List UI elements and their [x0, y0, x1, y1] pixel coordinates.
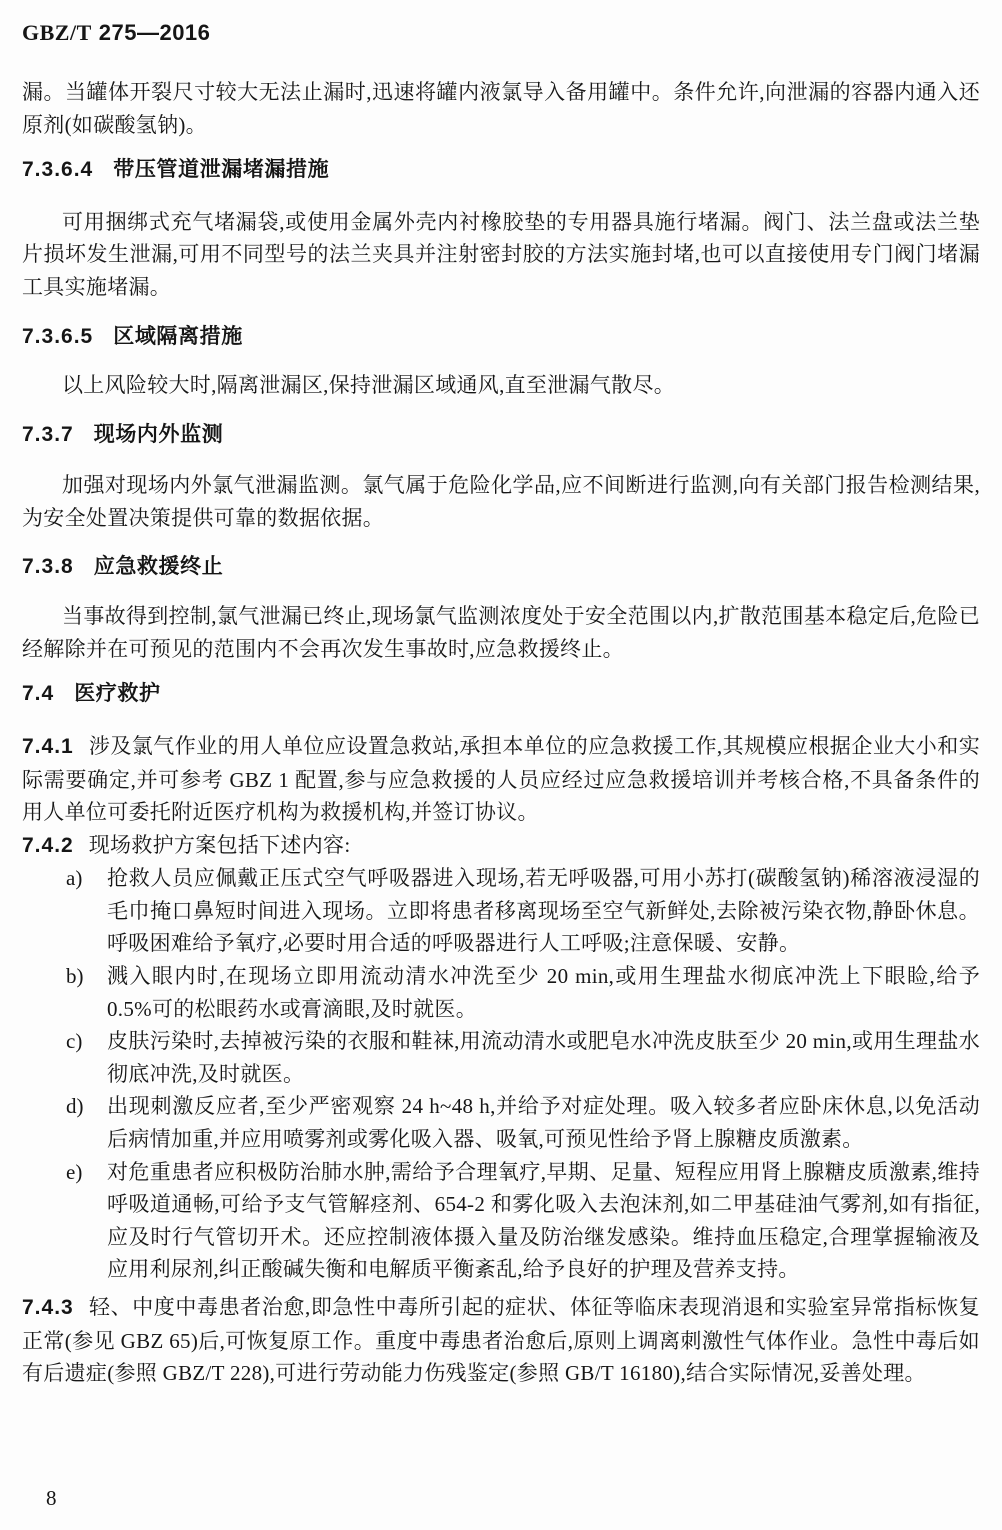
running-header: GBZ/T275—2016: [22, 20, 980, 46]
paragraph-7365: 以上风险较大时,隔离泄漏区,保持泄漏区域通风,直至泄漏气散尽。: [22, 369, 980, 402]
heading-title: 带压管道泄漏堵漏措施: [113, 158, 329, 181]
clause-number: 7.4.3: [22, 1296, 74, 1319]
section-heading-738: 7.3.8应急救援终止: [22, 551, 980, 584]
clause-text: 涉及氯气作业的用人单位应设置急救站,承担本单位的应急救援工作,其规模应根据企业大…: [22, 734, 980, 824]
list-marker: e): [66, 1156, 82, 1189]
heading-number: 7.3.6.5: [22, 325, 93, 348]
section-heading-7364: 7.3.6.4带压管道泄漏堵漏措施: [22, 154, 980, 187]
standard-code-prefix: GBZ/T: [22, 20, 92, 45]
clause-number: 7.4.1: [22, 735, 74, 758]
list-item-text: 对危重患者应积极防治肺水肿,需给予合理氧疗,早期、足量、短程应用肾上腺糖皮质激素…: [107, 1160, 980, 1282]
clause-text: 轻、中度中毒患者治愈,即急性中毒所引起的症状、体征等临床表现消退和实验室异常指标…: [22, 1295, 980, 1385]
list-item-c: c)皮肤污染时,去掉被污染的衣服和鞋袜,用流动清水或肥皂水冲洗皮肤至少 20 m…: [22, 1025, 980, 1090]
list-marker: b): [66, 960, 84, 993]
list-item-b: b)溅入眼内时,在现场立即用流动清水冲洗至少 20 min,或用生理盐水彻底冲洗…: [22, 960, 980, 1025]
section-heading-74: 7.4医疗救护: [22, 678, 980, 711]
list-item-text: 出现刺激反应者,至少严密观察 24 h~48 h,并给予对症处理。吸入较多者应卧…: [107, 1094, 980, 1151]
clause-text: 现场救护方案包括下述内容:: [89, 833, 351, 857]
document-page: GBZ/T275—2016 漏。当罐体开裂尺寸较大无法止漏时,迅速将罐内液氯导入…: [0, 0, 1002, 1530]
list-item-a: a)抢救人员应佩戴正压式空气呼吸器进入现场,若无呼吸器,可用小苏打(碳酸氢钠)稀…: [22, 862, 980, 960]
list-item-e: e)对危重患者应积极防治肺水肿,需给予合理氧疗,早期、足量、短程应用肾上腺糖皮质…: [22, 1156, 980, 1286]
heading-number: 7.4: [22, 682, 54, 705]
heading-title: 现场内外监测: [94, 423, 224, 446]
heading-title: 区域隔离措施: [113, 325, 243, 348]
section-heading-737: 7.3.7现场内外监测: [22, 419, 980, 452]
paragraph-7364: 可用捆绑式充气堵漏袋,或使用金属外壳内衬橡胶垫的专用器具施行堵漏。阀门、法兰盘或…: [22, 206, 980, 304]
page-number: 8: [46, 1482, 57, 1515]
paragraph-737: 加强对现场内外氯气泄漏监测。氯气属于危险化学品,应不间断进行监测,向有关部门报告…: [22, 469, 980, 534]
list-marker: d): [66, 1090, 84, 1123]
paragraph-738: 当事故得到控制,氯气泄漏已终止,现场氯气监测浓度处于安全范围以内,扩散范围基本稳…: [22, 600, 980, 665]
paragraph-741: 7.4.1涉及氯气作业的用人单位应设置急救站,承担本单位的应急救援工作,其规模应…: [22, 730, 980, 829]
clause-number: 7.4.2: [22, 834, 74, 857]
list-marker: c): [66, 1025, 82, 1058]
list-marker: a): [66, 862, 82, 895]
standard-code-number: 275—2016: [99, 20, 211, 45]
heading-number: 7.3.8: [22, 555, 74, 578]
paragraph-743: 7.4.3轻、中度中毒患者治愈,即急性中毒所引起的症状、体征等临床表现消退和实验…: [22, 1291, 980, 1390]
list-item-text: 皮肤污染时,去掉被污染的衣服和鞋袜,用流动清水或肥皂水冲洗皮肤至少 20 min…: [107, 1029, 980, 1086]
heading-number: 7.3.6.4: [22, 158, 93, 181]
heading-title: 应急救援终止: [94, 555, 224, 578]
heading-number: 7.3.7: [22, 423, 74, 446]
heading-title: 医疗救护: [74, 682, 160, 705]
list-item-d: d)出现刺激反应者,至少严密观察 24 h~48 h,并给予对症处理。吸入较多者…: [22, 1090, 980, 1155]
paragraph-continuation: 漏。当罐体开裂尺寸较大无法止漏时,迅速将罐内液氯导入备用罐中。条件允许,向泄漏的…: [22, 76, 980, 141]
section-heading-7365: 7.3.6.5区域隔离措施: [22, 321, 980, 354]
lettered-list: a)抢救人员应佩戴正压式空气呼吸器进入现场,若无呼吸器,可用小苏打(碳酸氢钠)稀…: [22, 862, 980, 1286]
list-item-text: 抢救人员应佩戴正压式空气呼吸器进入现场,若无呼吸器,可用小苏打(碳酸氢钠)稀溶液…: [107, 866, 980, 955]
paragraph-742: 7.4.2现场救护方案包括下述内容:: [22, 829, 980, 863]
list-item-text: 溅入眼内时,在现场立即用流动清水冲洗至少 20 min,或用生理盐水彻底冲洗上下…: [107, 964, 980, 1021]
